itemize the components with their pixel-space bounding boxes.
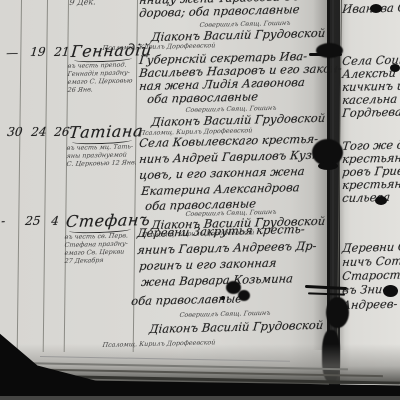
- ink-blot: [370, 4, 382, 13]
- entry-right-page-line: ничъ Сот-: [342, 253, 400, 269]
- entry-number-female: 21: [54, 45, 71, 59]
- table-surface-strip: [0, 396, 400, 400]
- ink-blot: [238, 290, 250, 301]
- ink-blot: [221, 296, 225, 300]
- entry-right-page-line: Гордѣева-: [342, 104, 400, 120]
- metrical-book-scan: 9 Дек. нницу жена Тарасьева Ѳе- дорова; …: [0, 0, 400, 400]
- entry-number-male: 19: [30, 45, 47, 59]
- entry-number-male: 25: [25, 214, 42, 228]
- binding-ink-blob: [318, 162, 338, 170]
- entry-name-note-line: С. Церковью 12 Янв.: [66, 158, 137, 168]
- entry-name-note-line: 26 Янв.: [67, 85, 93, 94]
- entry-number-male: 24: [31, 125, 48, 139]
- ink-blot: [390, 64, 400, 72]
- binding-ink-blob: [326, 297, 349, 328]
- entry-margin-mark: —: [6, 46, 19, 60]
- prev-entry-date: 9 Дек.: [69, 0, 96, 7]
- binding-stitch-mark: [309, 53, 342, 56]
- entry-right-page-line: Андреев-: [342, 297, 398, 312]
- entry-right-page-line: въ Зни-: [342, 282, 387, 297]
- entry-number-female: 4: [51, 214, 60, 228]
- entry-margin-mark: 30: [7, 125, 24, 139]
- entry-name-note-line: емаго С. Церковью: [67, 76, 133, 86]
- ink-blot: [383, 285, 398, 297]
- ink-blot: [375, 196, 387, 205]
- entry-right-page-line: Деревни Ст-: [342, 239, 400, 255]
- entry-right-page-line: Старост-: [342, 267, 400, 283]
- entry-name-note-line: 27 Декабря: [64, 256, 104, 265]
- entry-main-line: оба православные: [147, 89, 259, 106]
- entry-main-line: оба православные: [131, 291, 243, 308]
